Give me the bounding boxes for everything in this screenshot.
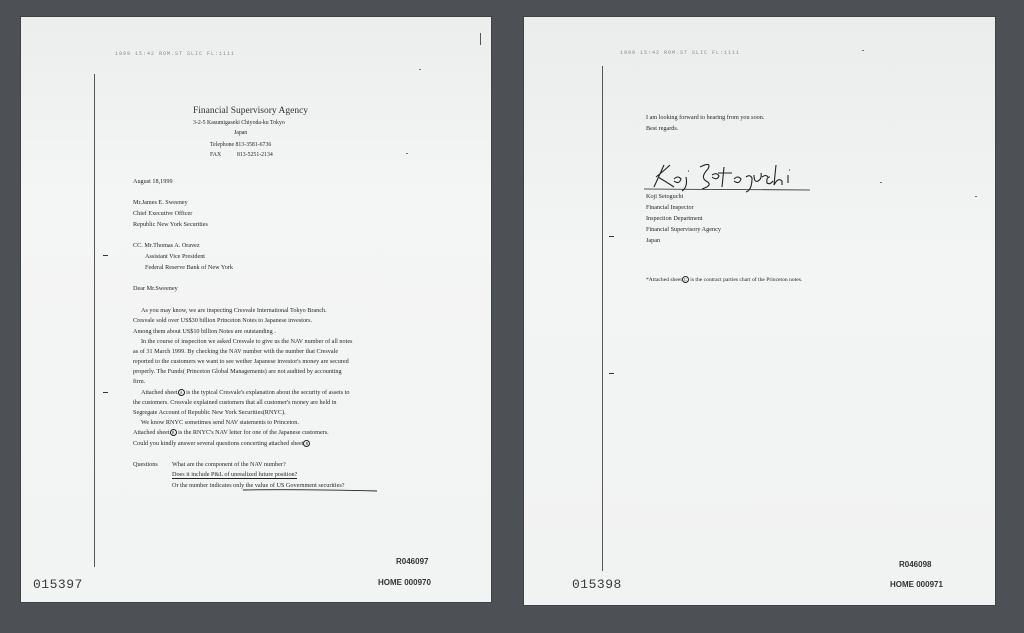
- bates-number-home: HOME 000970: [378, 578, 431, 587]
- scan-speck: [880, 182, 882, 183]
- body-line: reported to the customers we want to see…: [133, 358, 349, 366]
- recipient-line: Republic New York Securities: [133, 221, 208, 229]
- circled-mark-a: A: [178, 389, 185, 396]
- cc-line: Assistant Vice President: [145, 253, 205, 261]
- body-line: the customers. Cresvale explained custom…: [133, 399, 337, 407]
- scan-speck: [862, 50, 864, 51]
- body-line: As you may know, we are inspecting Cresv…: [141, 307, 327, 315]
- footnote-text: *Attached sheet: [646, 277, 682, 283]
- circled-mark-b: B: [170, 429, 177, 436]
- signer-line: Inspection Department: [646, 215, 703, 223]
- letter-date: August 18,1999: [133, 178, 173, 186]
- body-text: is the RNYC's NAV letter for one of the …: [178, 429, 329, 436]
- margin-line: [94, 74, 95, 567]
- bates-number-r: R046097: [396, 557, 428, 566]
- letter-page-2: 1999 15:42 ROM.ST SLIC FL:1111 I am look…: [524, 17, 995, 605]
- scan-speck: [419, 69, 421, 70]
- circled-mark-c: C: [682, 276, 689, 283]
- question-text: Does it include P&L of unrealized future…: [172, 471, 297, 479]
- body-text: Attached sheet: [133, 429, 170, 436]
- questions-label: Questions: [133, 461, 158, 469]
- agency-fax-number: 813-5251-2134: [237, 151, 273, 159]
- signer-line: Financial Supervisory Agency: [646, 226, 721, 234]
- body-text: Could you kindly answer several question…: [133, 440, 303, 447]
- agency-fax-label: FAX: [210, 151, 221, 159]
- fax-transmission-header: 1999 15:42 ROM.ST SLIC FL:1111: [620, 50, 740, 56]
- body-text: Attached sheet: [141, 389, 178, 396]
- handwritten-underline: [241, 487, 381, 493]
- letter-page-1: 1999 15:42 ROM.ST SLIC FL:1111 Financial…: [21, 17, 491, 602]
- scan-mark: [103, 392, 108, 393]
- signer-line: Japan: [646, 237, 660, 245]
- body-line: In the course of inspection we asked Cre…: [141, 338, 352, 346]
- signer-line: Financial Inspector: [646, 204, 694, 212]
- body-line: Among them about US$10 billion Notes are…: [133, 328, 276, 336]
- body-line: as of 31 March 1999. By checking the NAV…: [133, 348, 338, 356]
- question-item: What are the component of the NAV number…: [172, 461, 286, 469]
- body-line: properly. The Funds( Princeton Global Ma…: [133, 368, 342, 376]
- agency-name: Financial Supervisory Agency: [193, 106, 308, 117]
- agency-address: 3-2-5 Kasumigaseki Chiyoda-ku Tokyo: [193, 119, 285, 127]
- cc-line: CC. Mr.Thomas A. Oravez: [133, 242, 200, 250]
- signer-line: Koji Setoguchi: [646, 193, 683, 201]
- handwritten-signature: Koji Setoguchi: [642, 159, 812, 193]
- document-stamp-number: 015397: [33, 577, 83, 592]
- margin-line: [602, 66, 603, 571]
- scan-mark: [103, 255, 108, 256]
- body-line: firm.: [133, 378, 145, 386]
- edge-mark: [480, 33, 481, 45]
- body-line: Cresvale sold over US$30 billion Princet…: [133, 317, 312, 325]
- body-line: Segregate Account of Republic New York S…: [133, 409, 286, 417]
- body-line: Could you kindly answer several question…: [133, 440, 310, 448]
- scan-mark: [609, 373, 614, 374]
- scan-speck: [406, 153, 408, 154]
- closing-line: Best regards.: [646, 125, 678, 133]
- body-line: Attached sheetA is the typical Cresvale'…: [141, 389, 349, 397]
- agency-telephone: Telephone 813-3581-6736: [210, 141, 271, 149]
- bates-number-home: HOME 000971: [890, 580, 943, 589]
- recipient-line: Mr.James E. Sweeney: [133, 199, 188, 207]
- salutation: Dear Mr.Sweeney: [133, 285, 178, 293]
- bates-number-r: R046098: [899, 560, 931, 569]
- cc-line: Federal Reserve Bank of New York: [145, 264, 233, 272]
- scan-mark: [609, 236, 614, 237]
- agency-country: Japan: [234, 129, 247, 137]
- question-item: Does it include P&L of unrealized future…: [172, 471, 297, 479]
- footnote-text: is the contract parties chart of the Pri…: [690, 277, 802, 283]
- body-line: Attached sheetB is the RNYC's NAV letter…: [133, 429, 329, 437]
- closing-line: I am looking forward to hearing from you…: [646, 114, 764, 122]
- recipient-line: Chief Executive Officer: [133, 210, 192, 218]
- body-text: is the typical Cresvale's explanation ab…: [186, 389, 349, 396]
- footnote: *Attached sheetC is the contract parties…: [646, 276, 802, 284]
- scan-speck: [975, 196, 977, 197]
- document-stamp-number: 015398: [572, 577, 622, 592]
- circled-mark-b: B: [303, 440, 310, 447]
- body-line: We know RNYC sometimes send NAV statemen…: [141, 419, 299, 427]
- fax-transmission-header: 1999 15:42 ROM.ST SLIC FL:1111: [115, 51, 235, 57]
